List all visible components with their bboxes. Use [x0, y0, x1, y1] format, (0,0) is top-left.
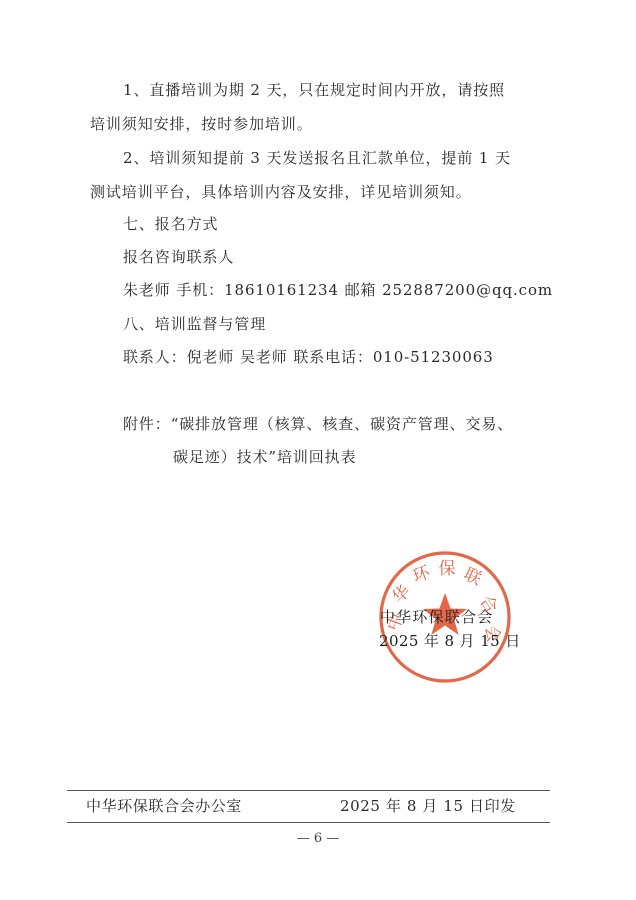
paragraph-2-line-2: 测试培训平台，具体培训内容及安排，详见培训须知。 [90, 182, 472, 202]
svg-text:华: 华 [389, 582, 415, 608]
svg-text:保: 保 [439, 559, 456, 579]
footer-issue-date: 2025 年 8 月 15 日印发 [340, 796, 516, 816]
signature-organization: 中华环保联合会 [380, 607, 493, 627]
paragraph-1-line-1: 1、直播培训为期 2 天，只在规定时间内开放，请按照 [123, 80, 505, 100]
paragraph-2-line-1: 2、培训须知提前 3 天发送报名且汇款单位，提前 1 天 [123, 148, 511, 168]
signature-date: 2025 年 8 月 15 日 [379, 631, 521, 651]
footer-bottom-rule [67, 822, 550, 823]
svg-text:联: 联 [461, 564, 485, 589]
footer-top-rule [67, 790, 550, 791]
footer-issuer: 中华环保联合会办公室 [86, 796, 242, 816]
attachment-line-2: 碳足迹）技术”培训回执表 [173, 447, 356, 467]
registration-contact-label: 报名咨询联系人 [123, 247, 234, 267]
attachment-line-1: 附件：“碳排放管理（核算、核查、碳资产管理、交易、 [123, 414, 513, 434]
registration-contact-details: 朱老师 手机：18610161234 邮箱 252887200@qq.com [123, 280, 553, 300]
section-heading-supervision: 八、培训监督与管理 [123, 314, 266, 334]
page-number: — 6 — [0, 830, 636, 848]
supervision-contact-details: 联系人：倪老师 吴老师 联系电话：010-51230063 [123, 347, 494, 367]
paragraph-1-line-2: 培训须知安排，按时参加培训。 [90, 114, 313, 134]
svg-text:环: 环 [410, 562, 434, 587]
section-heading-registration: 七、报名方式 [123, 214, 218, 234]
